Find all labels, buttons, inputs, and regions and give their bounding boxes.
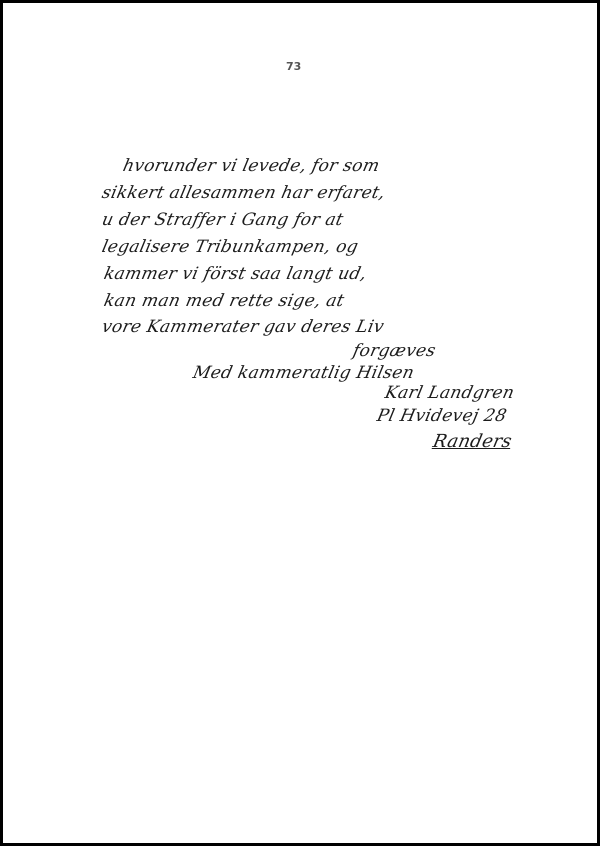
page-number: 73: [286, 60, 301, 73]
body-line: kan man med rette sige, at: [102, 291, 346, 311]
body-line: u der Straffer i Gang for at: [100, 210, 345, 230]
signature-city: Randers: [431, 431, 514, 452]
body-line: legalisere Tribunkampen, og: [100, 237, 360, 257]
document-page: 73 hvorunder vi levede, for som sikkert …: [0, 0, 600, 846]
body-line: sikkert allesammen har erfaret,: [100, 183, 387, 203]
body-line: kammer vi först saa langt ud,: [102, 264, 369, 284]
body-line: vore Kammerater gav deres Liv: [100, 317, 386, 337]
signature-address: Pl Hvidevej 28: [375, 406, 509, 426]
closing-salutation: Med kammeratlig Hilsen: [191, 363, 416, 383]
signature-name: Karl Landgren: [383, 383, 516, 403]
body-line: forgæves: [351, 341, 438, 361]
body-line: hvorunder vi levede, for som: [121, 156, 381, 176]
